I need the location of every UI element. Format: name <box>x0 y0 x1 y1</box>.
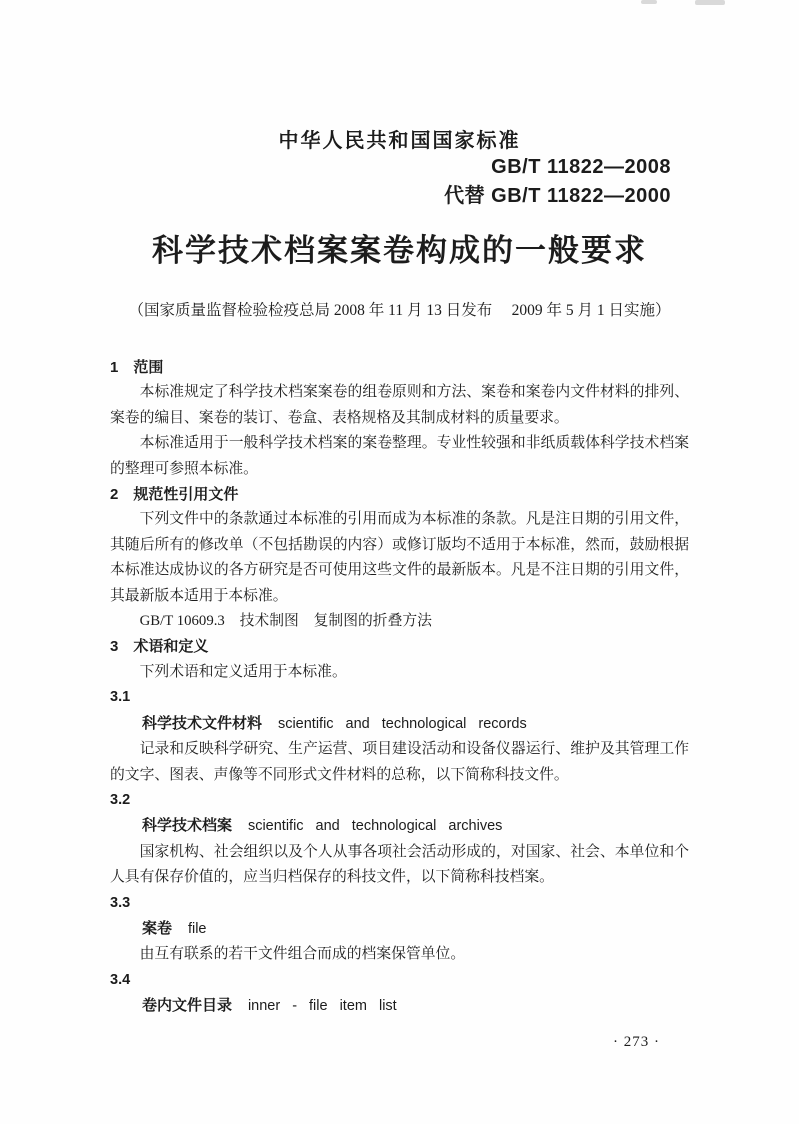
page-content: 中华人民共和国国家标准 GB/T 11822—2008 代替 GB/T 1182… <box>0 0 799 1052</box>
term-en-3-3: file <box>188 921 207 937</box>
term-zh-3-4: 卷内文件目录 <box>142 997 232 1014</box>
publication-line: （国家质量监督检验检疫总局 2008 年 11 月 13 日发布 2009 年 … <box>110 301 689 321</box>
term-definition-3-1: 记录和反映科学研究、生产运营、项目建设活动和设备仪器运行、维护及其管理工作的文字… <box>110 737 689 788</box>
scope-paragraph-1: 本标准规定了科学技术档案案卷的组卷原则和方法、案卷和案卷内文件材料的排列、案卷的… <box>110 380 689 431</box>
normative-references-paragraph: 下列文件中的条款通过本标准的引用而成为本标准的条款。凡是注日期的引用文件，其随后… <box>110 507 689 609</box>
document-body: 1 范围 本标准规定了科学技术档案案卷的组卷原则和方法、案卷和案卷内文件材料的排… <box>110 355 689 1052</box>
term-definition-3-2: 国家机构、社会组织以及个人从事各项社会活动形成的，对国家、社会、本单位和个人具有… <box>110 840 689 891</box>
clause-number-3-1: 3.1 <box>110 685 689 710</box>
term-line-3-3: 案卷file <box>110 916 689 942</box>
terms-intro: 下列术语和定义适用于本标准。 <box>110 660 689 685</box>
term-en-3-4: inner - file item list <box>248 998 397 1014</box>
term-line-3-4: 卷内文件目录inner - file item list <box>110 993 689 1019</box>
section-heading-normative-references: 2 规范性引用文件 <box>110 482 689 507</box>
page-number: · 273 · <box>110 1032 689 1052</box>
section-heading-terms: 3 术语和定义 <box>110 634 689 659</box>
clause-number-3-3: 3.3 <box>110 891 689 916</box>
term-zh-3-3: 案卷 <box>142 920 172 937</box>
term-definition-3-3: 由互有联系的若干文件组合而成的档案保管单位。 <box>110 942 689 967</box>
normative-reference-entry: GB/T 10609.3 技术制图 复制图的折叠方法 <box>110 609 689 634</box>
standard-replaces: 代替 GB/T 11822—2000 <box>110 182 689 211</box>
document-page: 中华人民共和国国家标准 GB/T 11822—2008 代替 GB/T 1182… <box>0 0 799 1124</box>
term-en-3-1: scientific and technological records <box>278 716 527 732</box>
clause-number-3-4: 3.4 <box>110 968 689 993</box>
term-zh-3-1: 科学技术文件材料 <box>142 715 262 732</box>
scope-paragraph-2: 本标准适用于一般科学技术档案的案卷整理。专业性较强和非纸质载体科学技术档案的整理… <box>110 431 689 482</box>
document-title: 科学技术档案案卷构成的一般要求 <box>110 232 689 270</box>
section-heading-scope: 1 范围 <box>110 355 689 380</box>
clause-number-3-2: 3.2 <box>110 788 689 813</box>
standard-label: 中华人民共和国国家标准 <box>110 130 689 152</box>
term-zh-3-2: 科学技术档案 <box>142 817 232 834</box>
term-en-3-2: scientific and technological archives <box>248 818 502 834</box>
standard-number: GB/T 11822—2008 <box>110 153 689 182</box>
term-line-3-2: 科学技术档案scientific and technological archi… <box>110 813 689 839</box>
term-line-3-1: 科学技术文件材料scientific and technological rec… <box>110 711 689 737</box>
